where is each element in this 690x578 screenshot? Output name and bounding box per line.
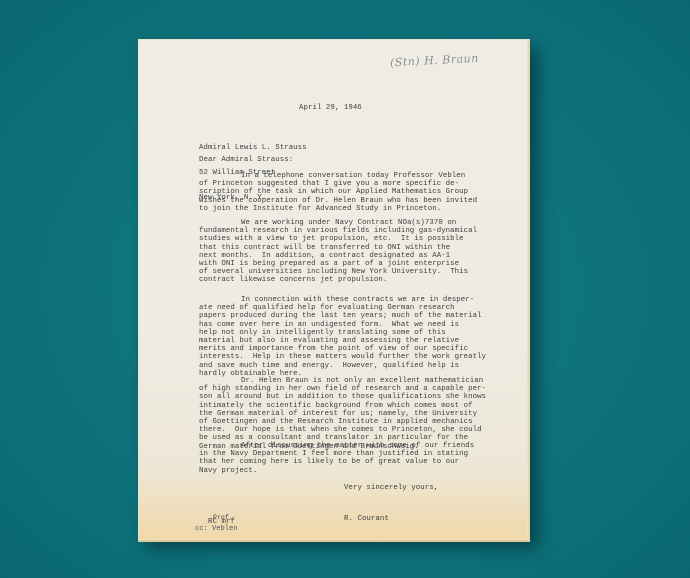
paragraph-line: In connection with these contracts we ar… [199, 296, 486, 304]
paragraph-line: papers produced during the last ten year… [199, 312, 486, 320]
signature-name: R. Courant [344, 515, 389, 523]
paragraph-line: of several universities including New Yo… [199, 268, 477, 276]
paragraph-line: ate need of qualified help for evaluatin… [199, 304, 486, 312]
complimentary-close: Very sincerely yours, [344, 484, 438, 492]
paragraph-line: We are working under Navy Contract NOa(s… [199, 219, 477, 227]
letter-date: April 29, 1946 [299, 104, 362, 112]
paragraph-5: After discussing the matter with some of… [199, 442, 474, 475]
paragraph-1: In a telephone conversation today Profes… [199, 172, 477, 213]
paragraph-line: of Princeton suggested that I give you a… [199, 180, 477, 188]
paragraph-line: studies with a view to jet propulsion, e… [199, 235, 477, 243]
paragraph-2: We are working under Navy Contract NOa(s… [199, 219, 477, 285]
paragraph-line: interests. Help in these matters would f… [199, 353, 486, 361]
paragraph-line: In a telephone conversation today Profes… [199, 172, 477, 180]
paragraph-line: fundamental research in various fields i… [199, 227, 477, 235]
paragraph-line: the German material of interest for us; … [199, 410, 486, 418]
paragraph-3: In connection with these contracts we ar… [199, 296, 486, 378]
initials-note: Prof. [213, 514, 233, 522]
paragraph-line: contract likewise concerns jet propulsio… [199, 276, 477, 284]
paragraph-line: of high standing in her own field of res… [199, 385, 486, 393]
paragraph-line: next months. In addition, a contract des… [199, 252, 477, 260]
paragraph-line: scription of the task in which our Appli… [199, 188, 477, 196]
address-line: Admiral Lewis L. Strauss [199, 144, 307, 152]
carbon-copy-line: cc: Veblen [195, 525, 238, 533]
paragraph-line: merits and importance from the point of … [199, 345, 486, 353]
paragraph-line: to join the Institute for Advanced Study… [199, 205, 477, 213]
paragraph-line: Navy project. [199, 467, 474, 475]
paragraph-line: with ONI is being prepared as a part of … [199, 260, 477, 268]
paragraph-line: that this contract will be transferred t… [199, 244, 477, 252]
paragraph-line: Dr. Helen Braun is not only an excellent… [199, 377, 486, 385]
paragraph-line: material but also in evaluating and asse… [199, 337, 486, 345]
paragraph-line: help not only in intelligently translati… [199, 329, 486, 337]
paragraph-line: in the Navy Department I feel more than … [199, 450, 474, 458]
paragraph-line: son all around but in addition to those … [199, 393, 486, 401]
paragraph-line: After discussing the matter with some of… [199, 442, 474, 450]
paragraph-line: that her coming here is likely to be of … [199, 458, 474, 466]
paragraph-line: wishes the cooperation of Dr. Helen Brau… [199, 197, 477, 205]
paragraph-line: and save much time and energy. However, … [199, 362, 486, 370]
paragraph-line: has come over here in an undigested form… [199, 321, 486, 329]
salutation: Dear Admiral Strauss: [199, 156, 293, 164]
paragraph-4: Dr. Helen Braun is not only an excellent… [199, 377, 486, 451]
paragraph-line: intimately the scientific background fro… [199, 402, 486, 410]
paragraph-line: there. Our hope is that when she comes t… [199, 426, 486, 434]
paragraph-line: of Goettingen and the Research Institute… [199, 418, 486, 426]
